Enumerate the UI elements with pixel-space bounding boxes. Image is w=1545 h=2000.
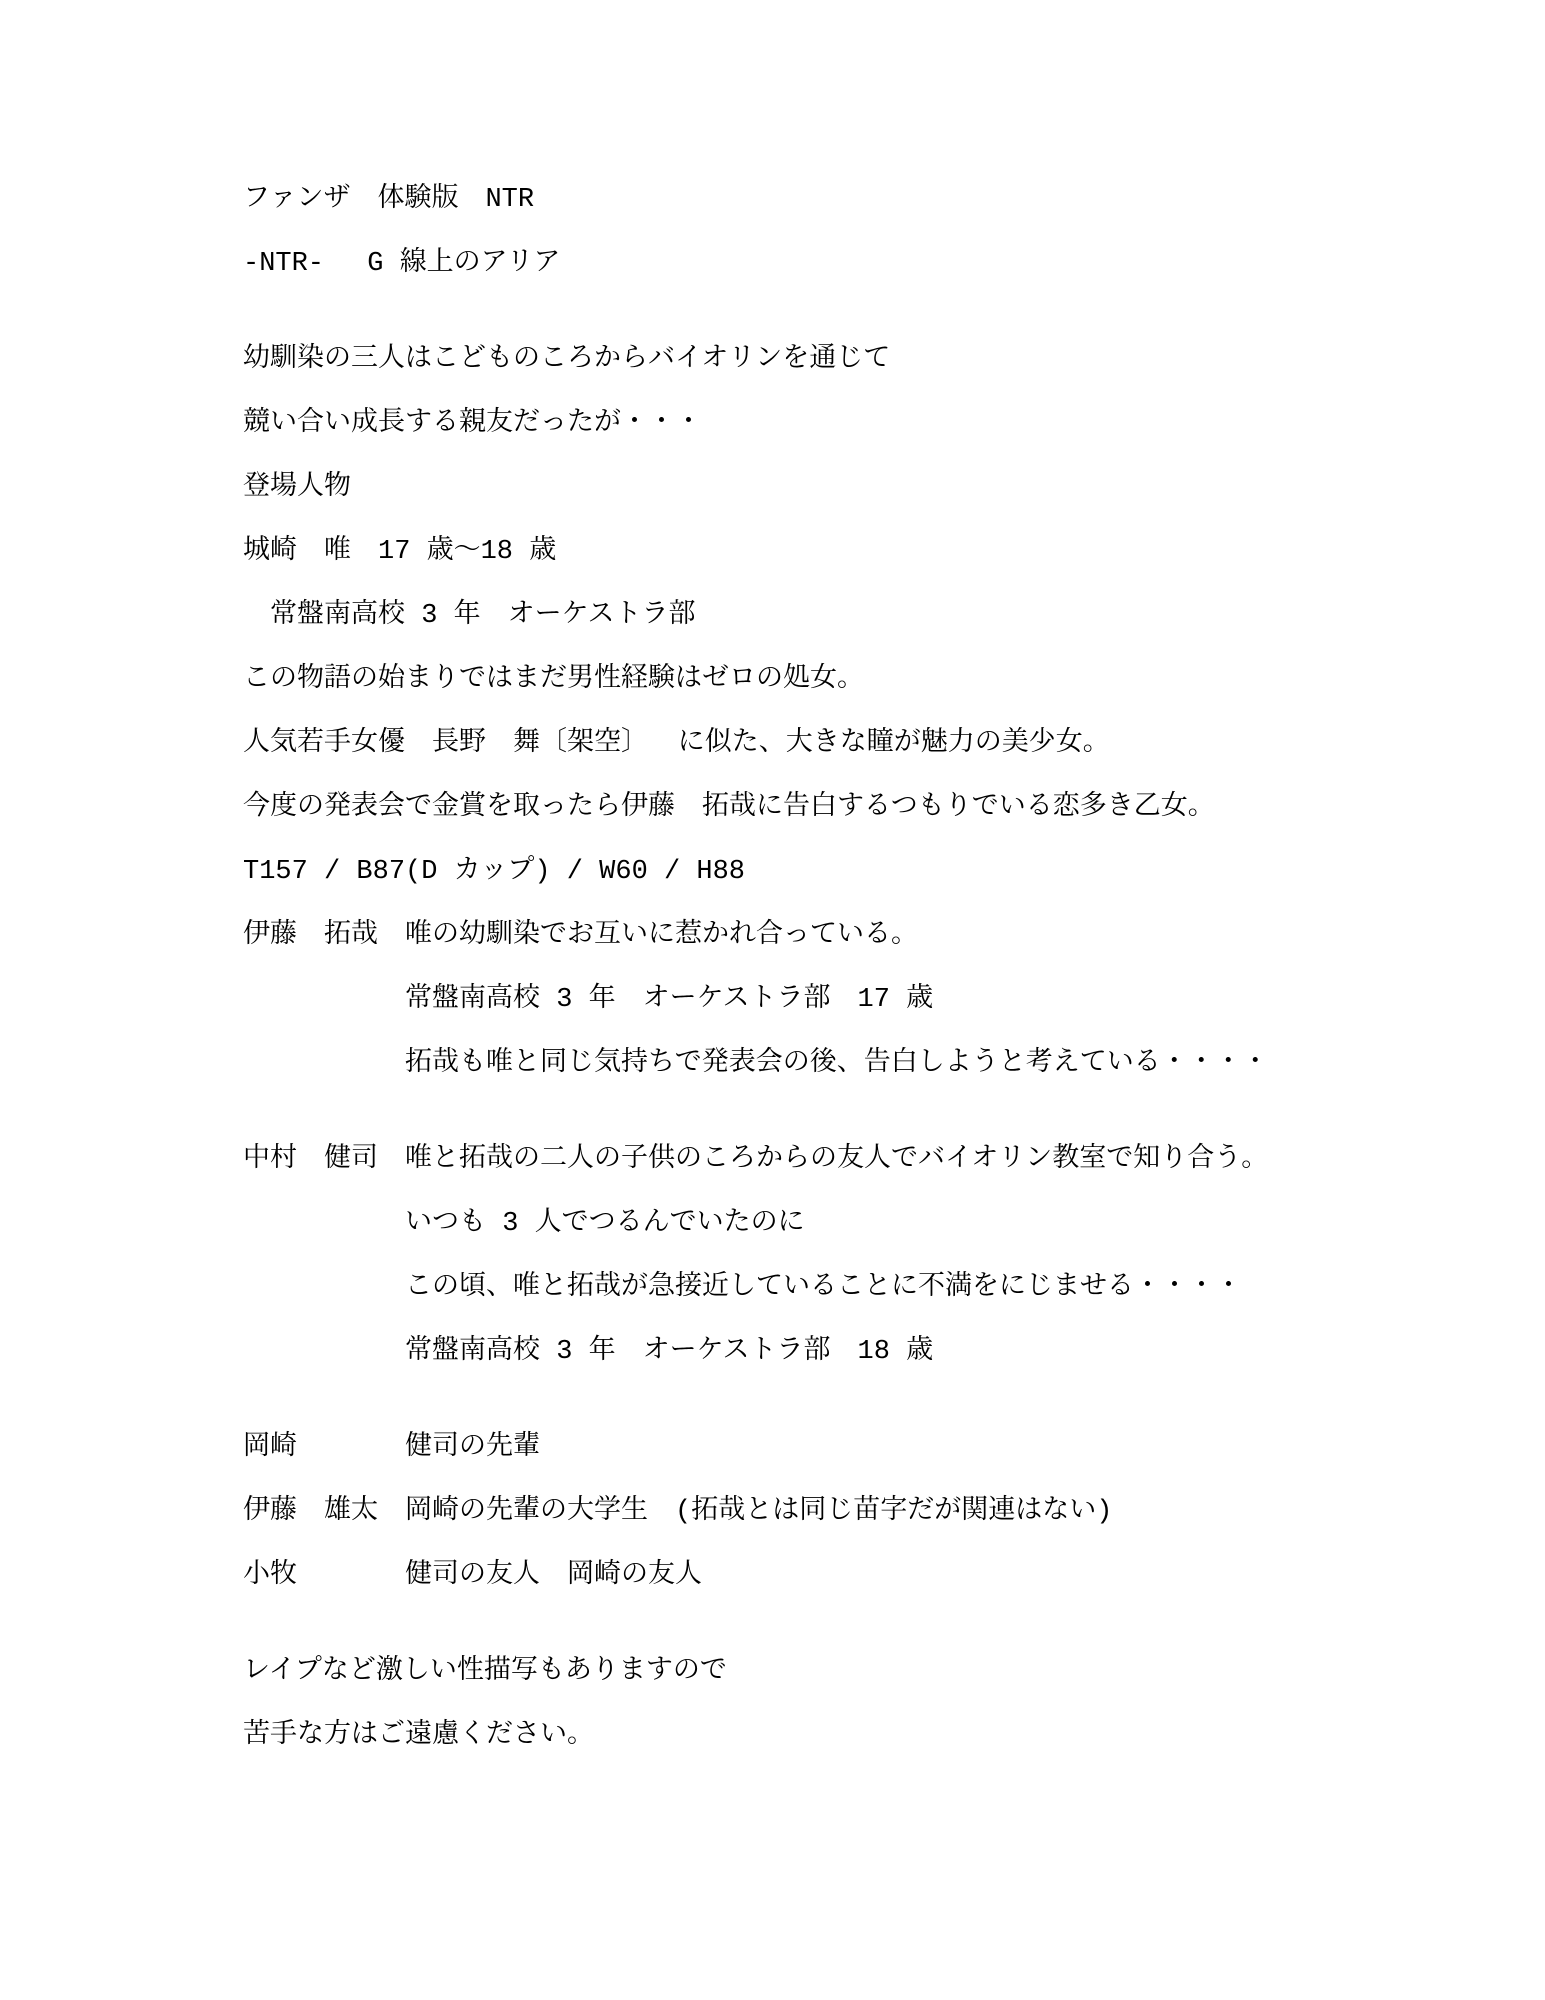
document-page: ファンザ 体験版 NTR-NTR- G 線上のアリア幼馴染の三人はこどものころか… — [0, 0, 1545, 2000]
text-line: 今度の発表会で金賞を取ったら伊藤 拓哉に告白するつもりでいる恋多き乙女。 — [243, 776, 1505, 840]
text-line: 苦手な方はご遠慮ください。 — [243, 1704, 1505, 1768]
text-line: -NTR- G 線上のアリア — [243, 232, 1505, 296]
text-line: 常盤南高校 3 年 オーケストラ部 18 歳 — [243, 1320, 1505, 1384]
text-line: 幼馴染の三人はこどものころからバイオリンを通じて — [243, 328, 1505, 392]
text-line: 人気若手女優 長野 舞〔架空〕 に似た、大きな瞳が魅力の美少女。 — [243, 712, 1505, 776]
text-line: この物語の始まりではまだ男性経験はゼロの処女。 — [243, 648, 1505, 712]
text-line: 伊藤 拓哉 唯の幼馴染でお互いに惹かれ合っている。 — [243, 904, 1505, 968]
text-line: 常盤南高校 3 年 オーケストラ部 — [243, 584, 1505, 648]
text-line: 城崎 唯 17 歳〜18 歳 — [243, 520, 1505, 584]
text-line: 競い合い成長する親友だったが・・・ — [243, 392, 1505, 456]
text-line: いつも 3 人でつるんでいたのに — [243, 1192, 1505, 1256]
text-line: 小牧 健司の友人 岡崎の友人 — [243, 1544, 1505, 1608]
text-line: 常盤南高校 3 年 オーケストラ部 17 歳 — [243, 968, 1505, 1032]
text-line: 拓哉も唯と同じ気持ちで発表会の後、告白しようと考えている・・・・ — [243, 1032, 1505, 1096]
text-line: ファンザ 体験版 NTR — [243, 168, 1505, 232]
text-line: この頃、唯と拓哉が急接近していることに不満をにじませる・・・・ — [243, 1256, 1505, 1320]
text-line: 伊藤 雄太 岡崎の先輩の大学生 (拓哉とは同じ苗字だが関連はない) — [243, 1480, 1505, 1544]
text-line: T157 / B87(D カップ) / W60 / H88 — [243, 840, 1505, 904]
text-line: 登場人物 — [243, 456, 1505, 520]
text-line: 中村 健司 唯と拓哉の二人の子供のころからの友人でバイオリン教室で知り合う。 — [243, 1128, 1505, 1192]
text-line: 岡崎 健司の先輩 — [243, 1416, 1505, 1480]
text-line: レイプなど激しい性描写もありますので — [243, 1640, 1505, 1704]
document-text: ファンザ 体験版 NTR-NTR- G 線上のアリア幼馴染の三人はこどものころか… — [243, 168, 1505, 1768]
